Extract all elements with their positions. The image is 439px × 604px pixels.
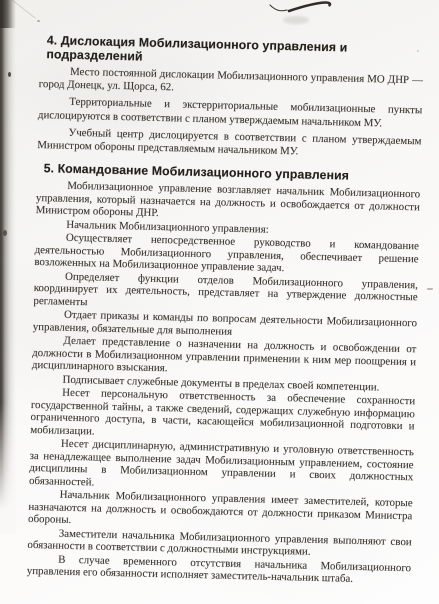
paragraph: Несет дисциплинарную, административную и…: [29, 437, 414, 496]
scan-speck: [37, 20, 40, 22]
scanned-page: 4. Дислокация Мобилизационного управлени…: [0, 0, 439, 604]
scan-speck: [8, 72, 11, 77]
scan-speck: [409, 427, 412, 430]
section-command: 5. Командование Мобилизационного управле…: [27, 161, 421, 587]
pen-smudge: [283, 16, 309, 24]
paragraph: Учебный центр дислоцируется в соответств…: [37, 126, 422, 162]
document-content: 4. Дислокация Мобилизационного управлени…: [27, 33, 424, 588]
section-dislocation: 4. Дислокация Мобилизационного управлени…: [37, 33, 424, 162]
section-heading: 4. Дислокация Мобилизационного управлени…: [46, 33, 424, 70]
paragraph: Место постоянной дислокации Мобилизацион…: [39, 65, 424, 101]
scan-speck: [417, 50, 419, 52]
binding-shadow: [0, 0, 16, 532]
paragraph: Несет персональную ответственность за об…: [30, 386, 415, 445]
scan-speck: [427, 288, 433, 290]
paragraph: Территориальные и экстерриториальные моб…: [38, 95, 423, 131]
scan-speck: [3, 230, 7, 236]
